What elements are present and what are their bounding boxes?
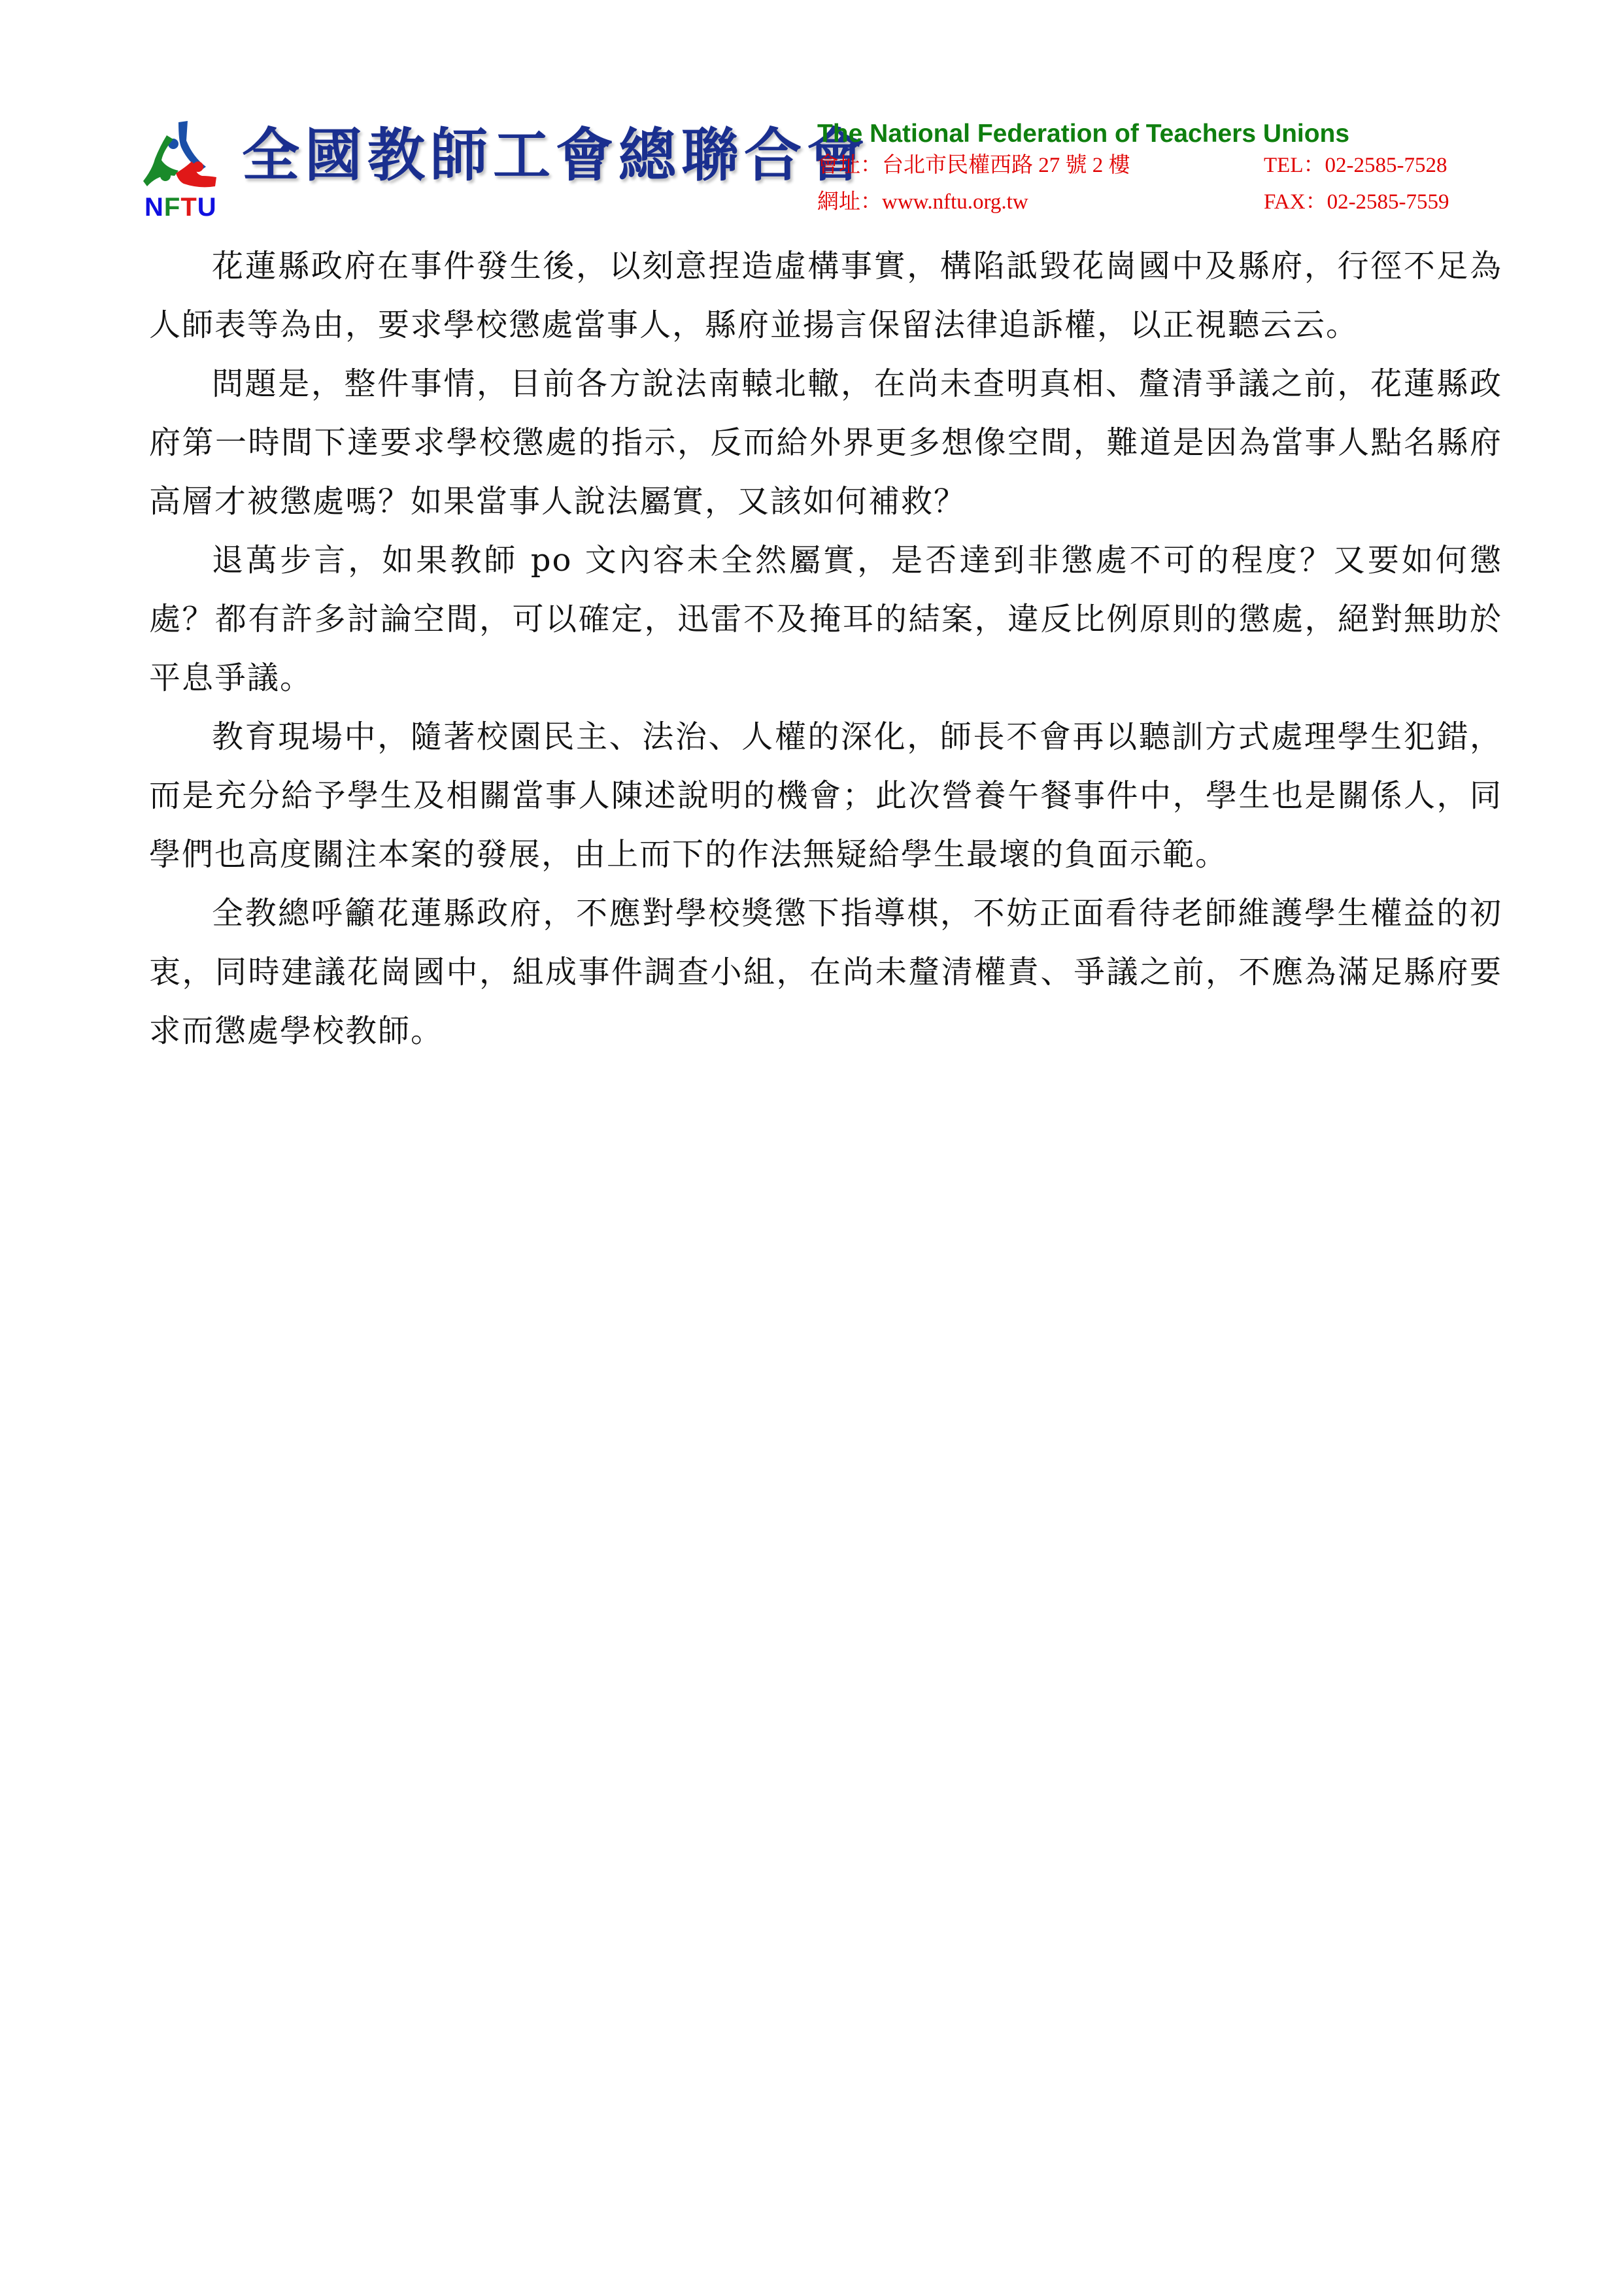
paragraph: 花蓮縣政府在事件發生後，以刻意捏造虛構事實，構陷詆毀花崗國中及縣府，行徑不足為人…: [149, 237, 1502, 354]
paragraph: 教育現場中，隨著校園民主、法治、人權的深化，師長不會再以聽訓方式處理學生犯錯，而…: [149, 707, 1502, 884]
address: 會址：台北市民權西路 27 號 2 樓: [817, 155, 1130, 177]
paragraph: 問題是，整件事情，目前各方說法南轅北轍，在尚未查明真相、釐清爭議之前，花蓮縣政府…: [149, 354, 1502, 531]
paragraph: 全教總呼籲花蓮縣政府，不應對學校獎懲下指導棋，不妨正面看待老師維護學生權益的初衷…: [149, 884, 1502, 1060]
nftu-logo-icon: [141, 121, 219, 193]
org-name-chinese: 全國教師工會總聯合會: [242, 126, 870, 184]
website: 網址：www.nftu.org.tw: [817, 192, 1028, 213]
telephone: TEL：02-2585-7528: [1264, 155, 1447, 177]
fax: FAX：02-2585-7559: [1264, 192, 1449, 213]
paragraph: 退萬步言，如果教師 po 文內容未全然屬實，是否達到非懲處不可的程度？又要如何懲…: [149, 531, 1502, 707]
document-page: NFTU 全國教師工會總聯合會 The National Federation …: [0, 0, 1624, 2294]
letterhead: NFTU 全國教師工會總聯合會 The National Federation …: [141, 114, 1494, 226]
document-body: 花蓮縣政府在事件發生後，以刻意捏造虛構事實，構陷詆毀花崗國中及縣府，行徑不足為人…: [149, 237, 1502, 1060]
nftu-acronym: NFTU: [144, 194, 217, 220]
org-name-english: The National Federation of Teachers Unio…: [817, 121, 1349, 146]
